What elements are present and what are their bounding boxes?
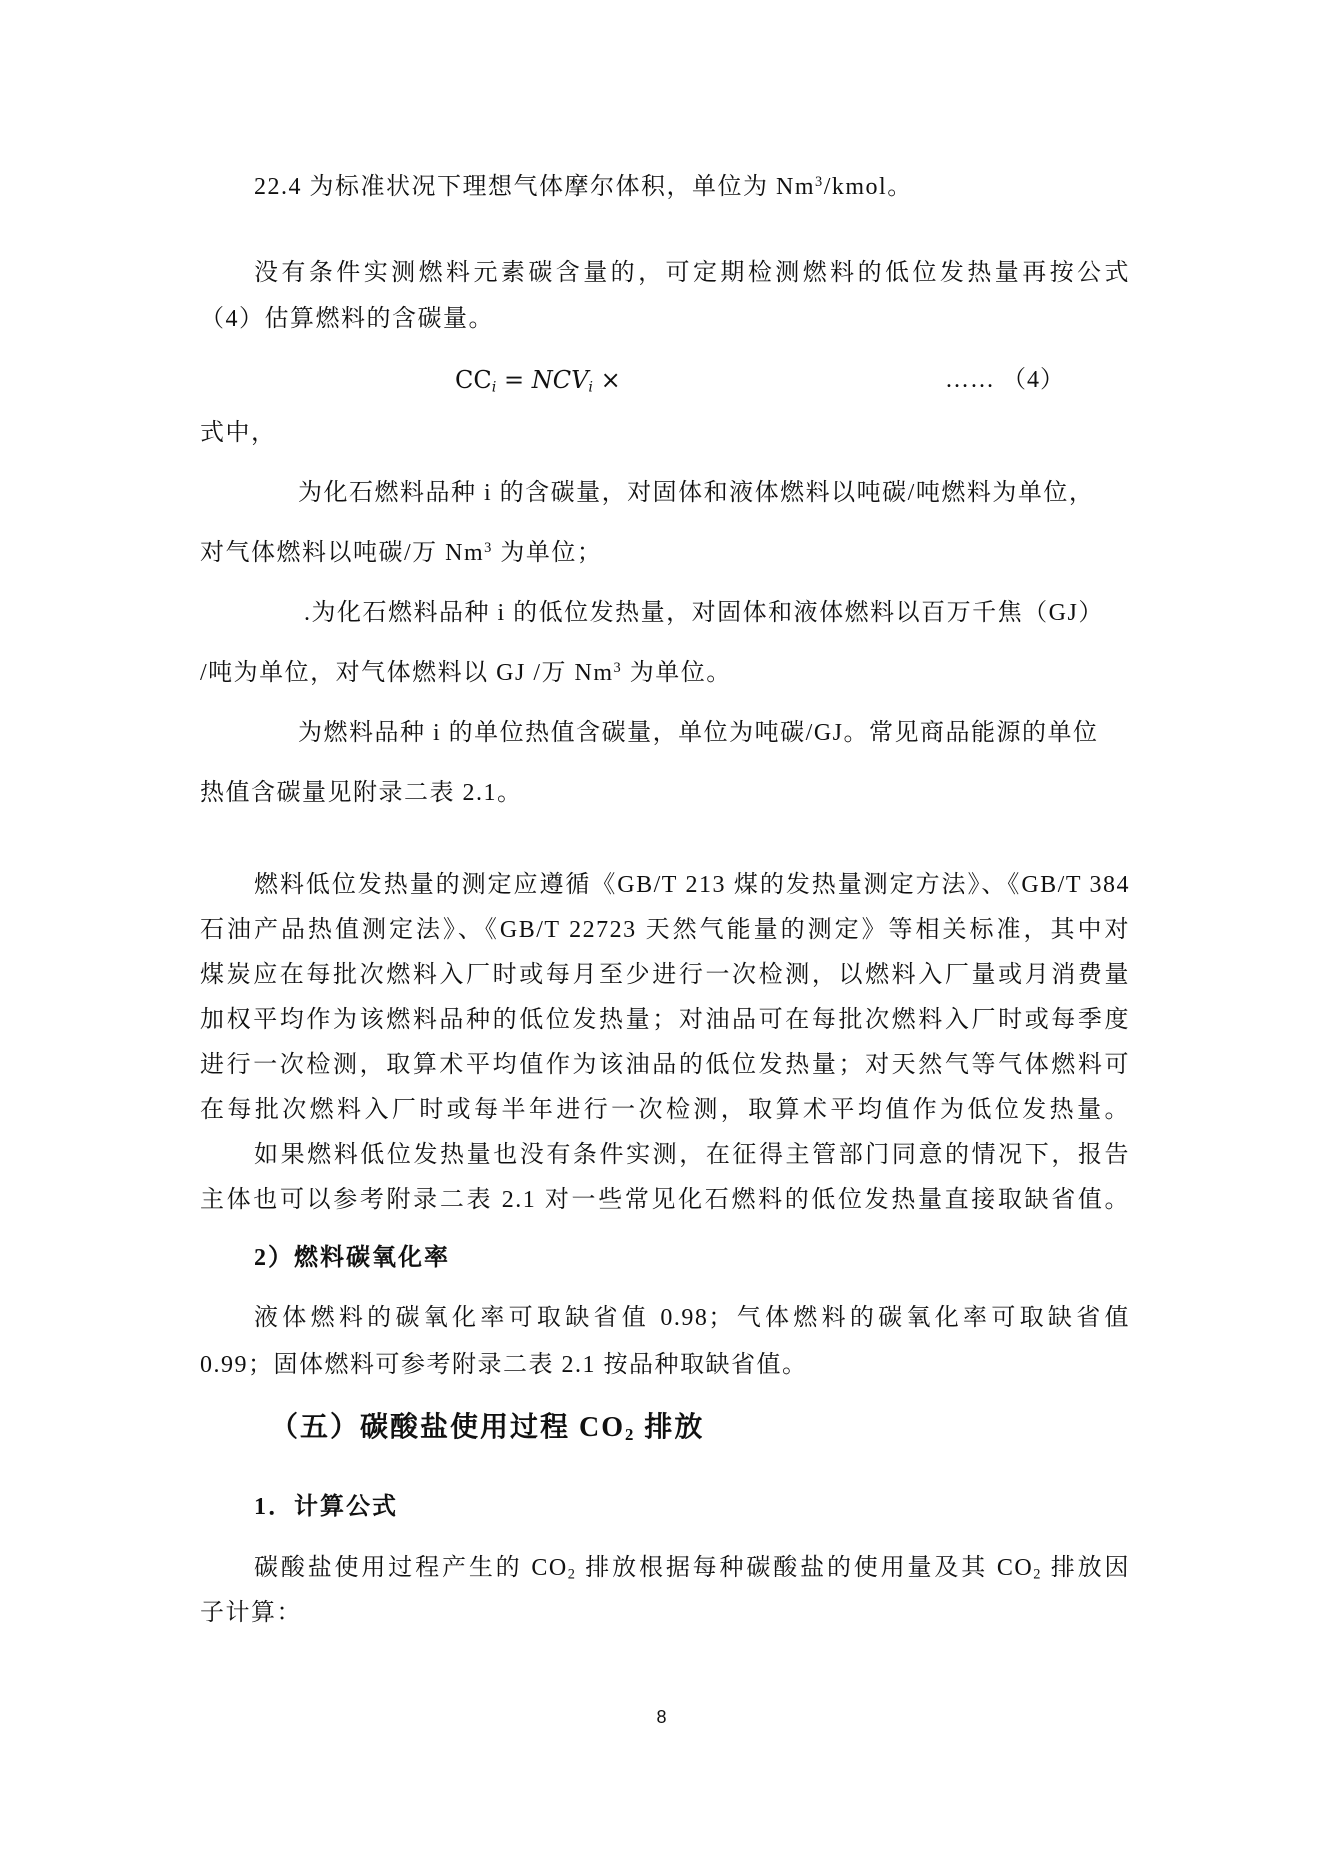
paragraph-line: 碳酸盐使用过程产生的 CO2 排放根据每种碳酸盐的使用量及其 CO2 排放因 (254, 1553, 1130, 1583)
formula-lhs: CC (455, 366, 492, 394)
formula-4: CCi = NCVi × (455, 365, 621, 395)
page-number: 8 (0, 1707, 1323, 1728)
paragraph-line: 没有条件实测燃料元素碳含量的，可定期检测燃料的低位发热量再按公式 (254, 258, 1130, 288)
subscript: 2 (625, 1425, 635, 1444)
paragraph-line: 加权平均作为该燃料品种的低位发热量；对油品可在每批次燃料入厂时或每季度 (200, 1005, 1130, 1035)
text: /kmol。 (824, 174, 913, 200)
equation-number: …… （4） (945, 365, 1065, 395)
subheading-formula: 1．计算公式 (254, 1492, 1184, 1522)
paragraph-line: 0.99；固体燃料可参考附录二表 2.1 按品种取缺省值。 (200, 1350, 1130, 1380)
definition-cc-line1: 为化石燃料品种 i 的含碳量，对固体和液体燃料以吨碳/吨燃料为单位， (298, 478, 1130, 508)
text: 碳酸盐使用过程产生的 CO (254, 1555, 568, 1581)
molar-volume-line: 22.4 为标准状况下理想气体摩尔体积，单位为 Nm3/kmol。 (254, 172, 1184, 202)
text: 对气体燃料以吨碳/万 Nm (200, 540, 484, 566)
multiply-sign: × (593, 366, 621, 394)
where-label: 式中， (200, 418, 1130, 448)
text: 排放 (635, 1412, 704, 1443)
paragraph-line: 进行一次检测，取算术平均值作为该油品的低位发热量；对天然气等气体燃料可 (200, 1050, 1130, 1080)
paragraph-line: 煤炭应在每批次燃料入厂时或每月至少进行一次检测，以燃料入厂量或月消费量 (200, 960, 1130, 990)
superscript: 3 (614, 660, 623, 676)
paragraph-line: 石油产品热值测定法》、《GB/T 22723 天然气能量的测定》等相关标准，其中… (200, 915, 1130, 945)
formula-rhs: NCV (532, 366, 589, 394)
definition-ncv-line2: /吨为单位，对气体燃料以 GJ /万 Nm3 为单位。 (200, 658, 1130, 688)
subscript: 2 (1033, 1567, 1042, 1583)
definition-cc-unit-line1: 为燃料品种 i 的单位热值含碳量，单位为吨碳/GJ。常见商品能源的单位 (298, 718, 1130, 748)
section-heading: （五）碳酸盐使用过程 CO2 排放 (270, 1413, 1200, 1443)
text: /吨为单位，对气体燃料以 GJ /万 Nm (200, 660, 614, 686)
paragraph-line: 燃料低位发热量的测定应遵循《GB/T 213 煤的发热量测定方法》、《GB/T … (254, 870, 1130, 900)
paragraph-line: （4）估算燃料的含碳量。 (200, 304, 1130, 334)
text: 为单位。 (622, 660, 732, 686)
definition-ncv-line1: .为化石燃料品种 i 的低位发热量，对固体和液体燃料以百万千焦（GJ） (304, 598, 1130, 628)
paragraph-line: 在每批次燃料入厂时或每半年进行一次检测，取算术平均值作为低位发热量。 (200, 1095, 1130, 1125)
definition-cc-line2: 对气体燃料以吨碳/万 Nm3 为单位； (200, 538, 1130, 568)
text: 排放因 (1042, 1555, 1130, 1581)
text: 排放根据每种碳酸盐的使用量及其 CO (576, 1555, 1033, 1581)
paragraph-line: 主体也可以参考附录二表 2.1 对一些常见化石燃料的低位发热量直接取缺省值。 (200, 1185, 1130, 1215)
superscript: 3 (484, 540, 493, 556)
paragraph-line: 子计算： (200, 1598, 1130, 1628)
text: 为单位； (493, 540, 603, 566)
superscript: 3 (815, 174, 824, 190)
definition-cc-unit-line2: 热值含碳量见附录二表 2.1。 (200, 778, 1130, 808)
paragraph-line: 如果燃料低位发热量也没有条件实测，在征得主管部门同意的情况下，报告 (254, 1140, 1130, 1170)
text: （五）碳酸盐使用过程 CO (270, 1412, 625, 1443)
equals: = (496, 366, 531, 394)
paragraph-line: 液体燃料的碳氧化率可取缺省值 0.98；气体燃料的碳氧化率可取缺省值 (254, 1303, 1130, 1333)
text: 22.4 为标准状况下理想气体摩尔体积，单位为 Nm (254, 174, 815, 200)
subheading-oxidation-rate: 2）燃料碳氧化率 (254, 1243, 1184, 1273)
